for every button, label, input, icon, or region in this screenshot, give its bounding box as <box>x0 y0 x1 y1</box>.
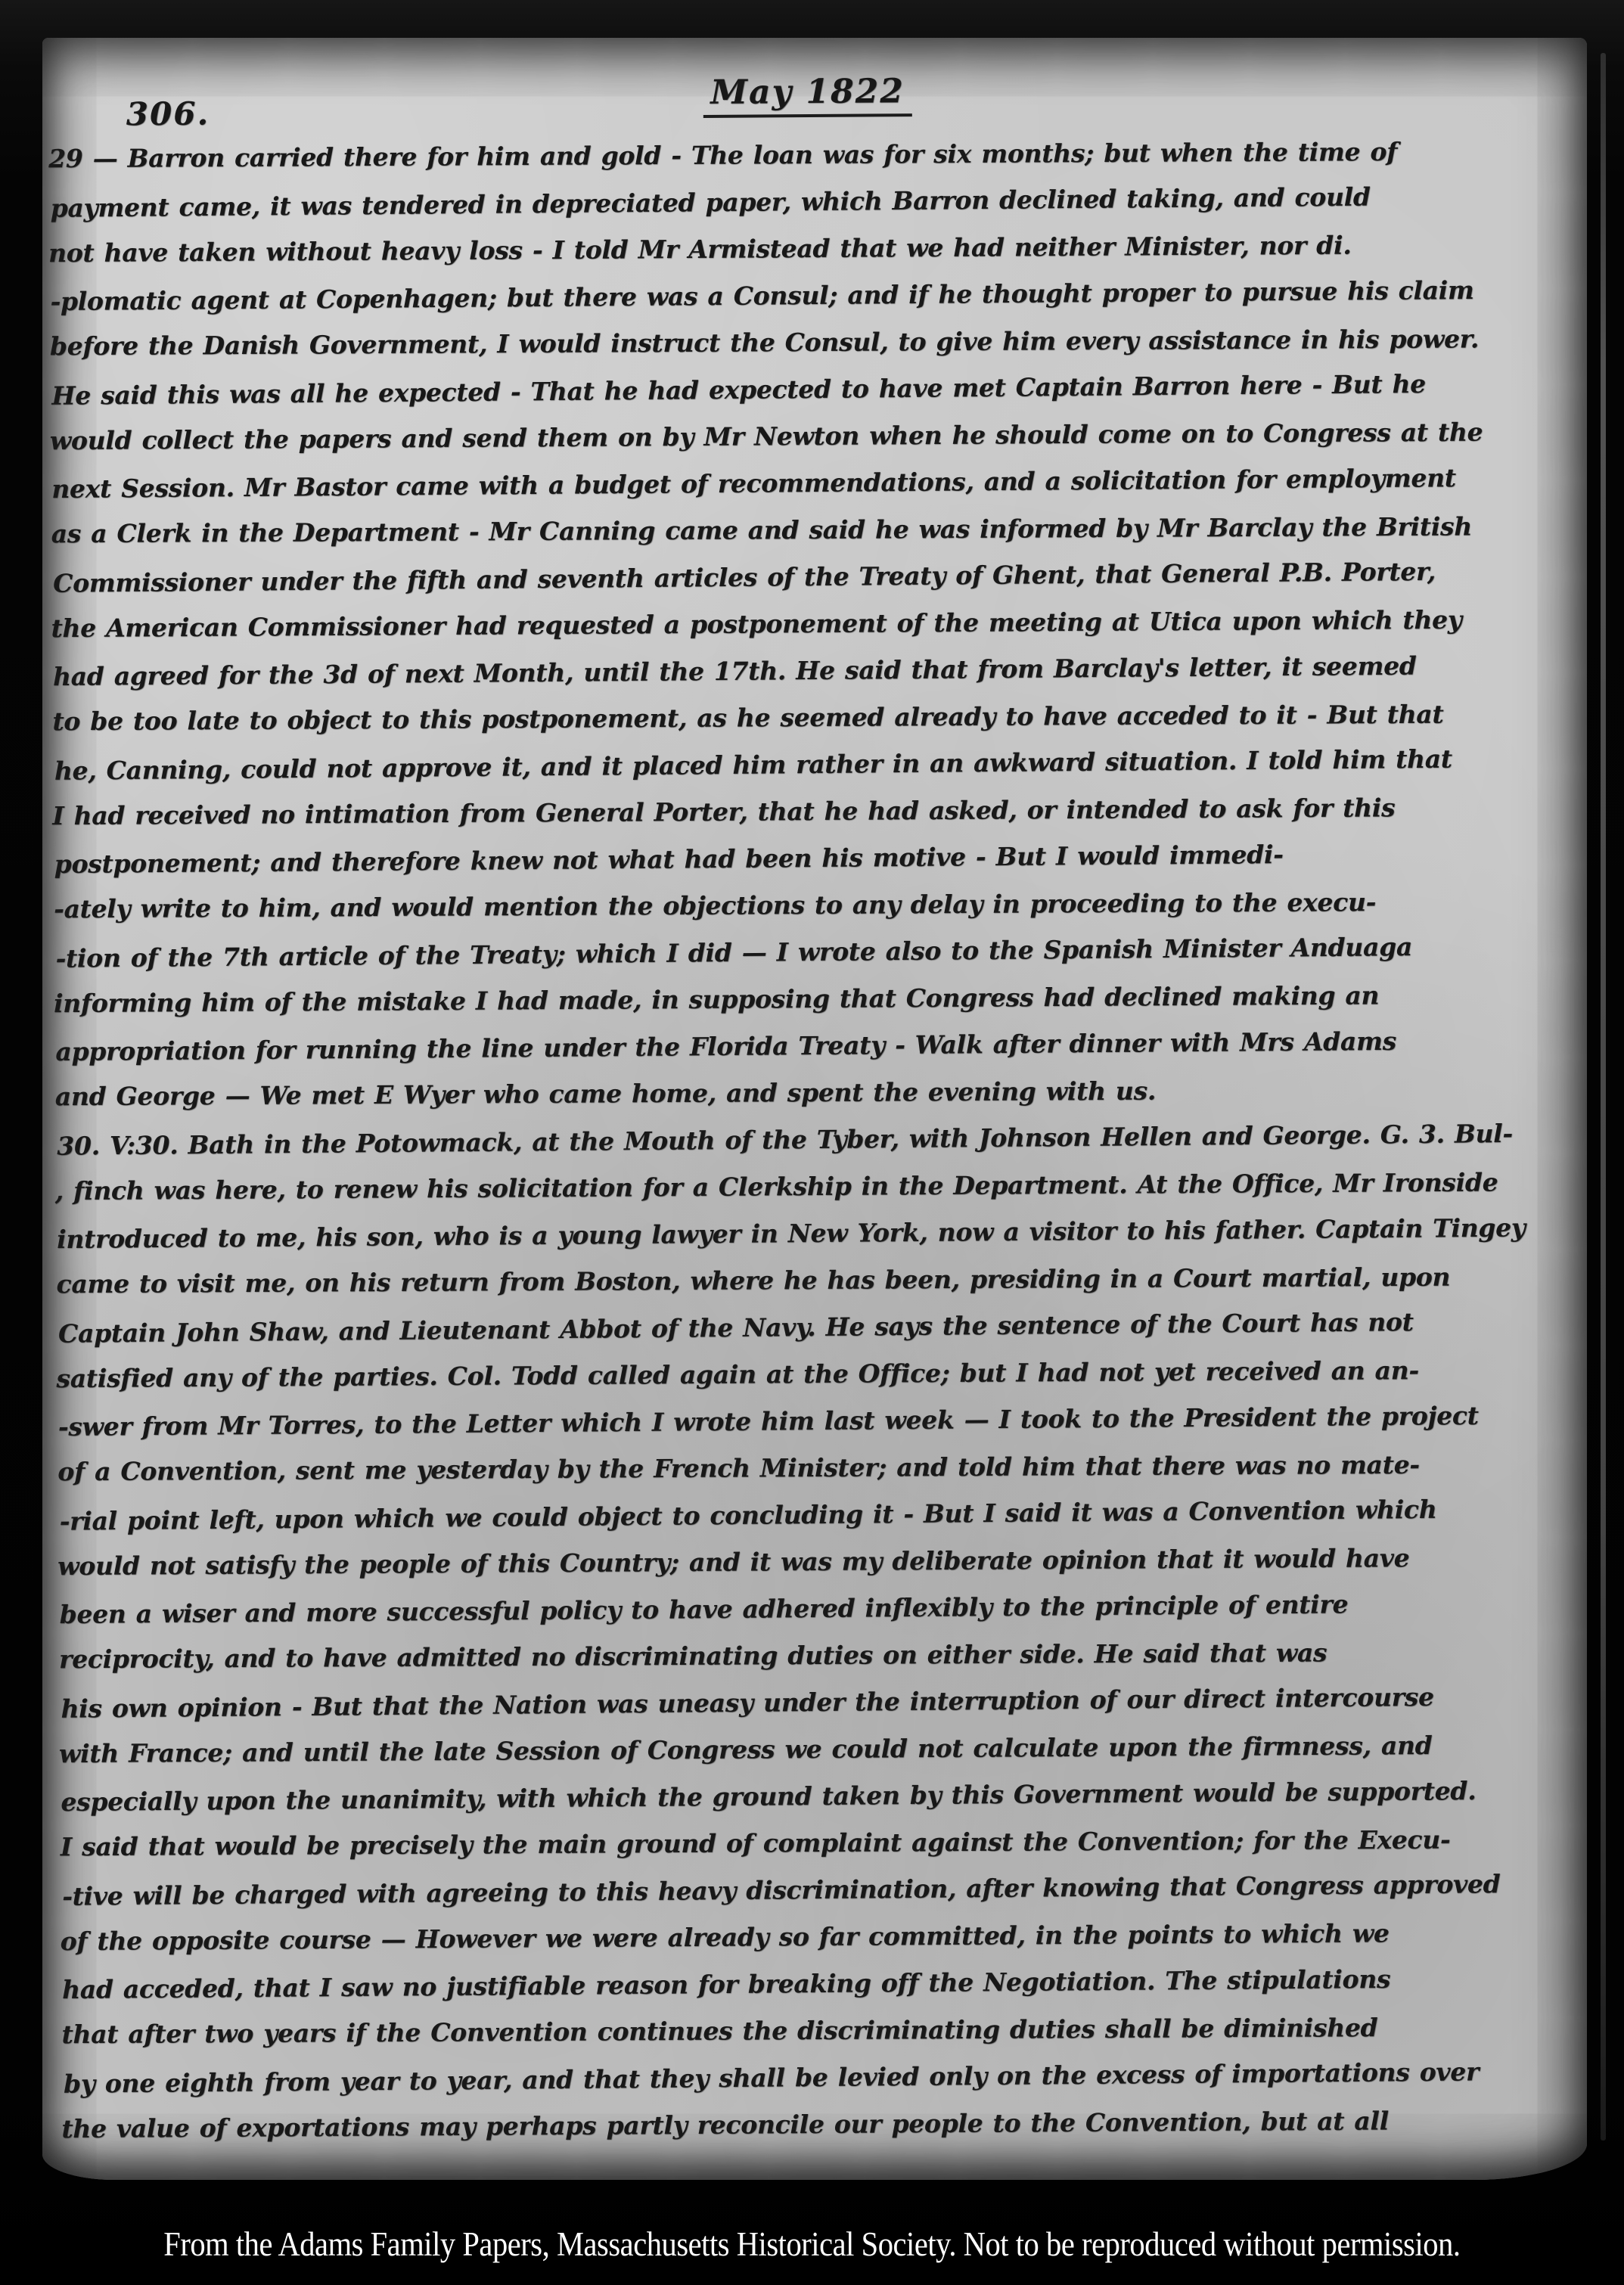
handwritten-content: 306. May 1822 29 — Barron carried there … <box>42 38 1587 2180</box>
date-heading: May 1822 <box>42 67 1580 123</box>
adjacent-page-edge <box>1601 53 1606 2141</box>
manuscript-line: the value of exportations may perhaps pa… <box>61 2097 1580 2153</box>
manuscript-page: 306. May 1822 29 — Barron carried there … <box>42 38 1587 2180</box>
manuscript-text: 29 — Barron carried there for him and go… <box>48 126 1581 2153</box>
caption-text: From the Adams Family Papers, Massachuse… <box>163 2224 1460 2264</box>
caption-bar: From the Adams Family Papers, Massachuse… <box>0 2224 1624 2285</box>
date-heading-text: May 1822 <box>703 72 912 118</box>
manuscript-scan: 306. May 1822 29 — Barron carried there … <box>0 0 1624 2285</box>
